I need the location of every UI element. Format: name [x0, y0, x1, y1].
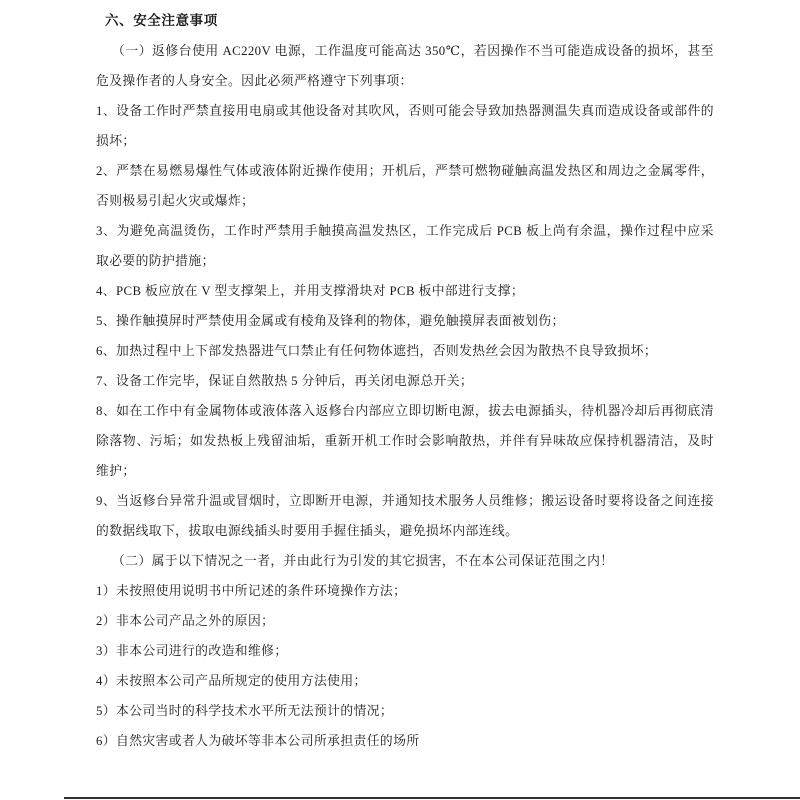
paragraph: 7、设备工作完毕，保证自然散热 5 分钟后，再关闭电源总开关；	[96, 366, 714, 396]
paragraph: 2）非本公司产品之外的原因；	[96, 606, 714, 636]
page-bottom-border	[64, 797, 800, 799]
paragraph: 2、严禁在易燃易爆性气体或液体附近操作使用；开机后，严禁可燃物碰触高温发热区和周…	[96, 156, 714, 216]
paragraph: 5）本公司当时的科学技术水平所无法预计的情况；	[96, 696, 714, 726]
paragraph: 3、为避免高温烫伤，工作时严禁用手触摸高温发热区，工作完成后 PCB 板上尚有余…	[96, 216, 714, 276]
paragraph: 6）自然灾害或者人为破坏等非本公司所承担责任的场所	[96, 726, 714, 756]
paragraph: （二）属于以下情况之一者，并由此行为引发的其它损害，不在本公司保证范围之内！	[96, 546, 714, 576]
paragraph: 4）未按照本公司产品所规定的使用方法使用；	[96, 666, 714, 696]
paragraph: 9、当返修台异常升温或冒烟时，立即断开电源，并通知技术服务人员维修；搬运设备时要…	[96, 486, 714, 546]
paragraph: 4、PCB 板应放在 V 型支撑架上，并用支撑滑块对 PCB 板中部进行支撑；	[96, 276, 714, 306]
paragraph: 1）未按照使用说明书中所记述的条件环境操作方法；	[96, 576, 714, 606]
paragraph: （一）返修台使用 AC220V 电源，工作温度可能高达 350℃，若因操作不当可…	[96, 36, 714, 96]
paragraph: 6、加热过程中上下部发热器进气口禁止有任何物体遮挡，否则发热丝会因为散热不良导致…	[96, 336, 714, 366]
paragraph: 1、设备工作时严禁直接用电扇或其他设备对其吹风，否则可能会导致加热器测温失真而造…	[96, 96, 714, 156]
paragraph-list: （一）返修台使用 AC220V 电源，工作温度可能高达 350℃，若因操作不当可…	[96, 36, 714, 756]
paragraph: 3）非本公司进行的改造和维修；	[96, 636, 714, 666]
section-title: 六、安全注意事项	[105, 6, 714, 36]
document-page: 六、安全注意事项 （一）返修台使用 AC220V 电源，工作温度可能高达 350…	[96, 6, 714, 756]
paragraph: 8、如在工作中有金属物体或液体落入返修台内部应立即切断电源，拔去电源插头，待机器…	[96, 396, 714, 486]
paragraph: 5、操作触摸屏时严禁使用金属或有棱角及锋利的物体，避免触摸屏表面被划伤；	[96, 306, 714, 336]
